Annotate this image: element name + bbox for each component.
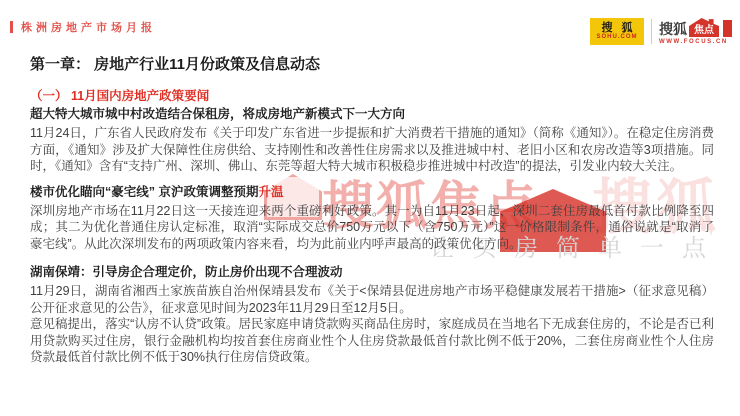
article-3-paragraph-1: 11月29日，湖南省湘西土家族苗族自治州保靖县发布《关于<保靖县促进房地产市场平…	[30, 283, 714, 316]
sohu-logo-domain: SOHU.COM	[597, 34, 638, 41]
report-slide: 搜狐焦点 搜狐 让买房简单一点 株洲房地产市场月报 搜狐 SOHU.COM 搜狐…	[0, 0, 740, 416]
report-title-block: 株洲房地产市场月报	[10, 19, 156, 35]
focus-house-icon: 焦点	[689, 18, 719, 37]
article-3: 湖南保靖：引导房企合理定价，防止房价出现不合理波动 11月29日，湖南省湘西土家…	[30, 265, 714, 366]
logo-strip: 搜狐 SOHU.COM 搜狐 焦点 WWW.FOCUS.CN	[590, 18, 732, 45]
section-heading: （一） 11月国内房地产政策要闻	[30, 89, 714, 103]
sohu-focus-domain: WWW.FOCUS.CN	[659, 39, 728, 45]
logo-divider	[651, 19, 652, 44]
article-2-title-text: 楼市优化瞄向“豪宅线” 京沪政策调整预期	[30, 185, 258, 199]
article-1-title: 超大特大城市城中村改造结合保租房，将成房地产新模式下一大方向	[30, 107, 714, 121]
focus-house-badge-text: 焦点	[694, 24, 714, 37]
chapter-title: 第一章： 房地产行业11月份政策及信息动态	[30, 56, 714, 74]
sohu-focus-logo-text: 搜狐	[659, 21, 687, 37]
article-1-paragraph: 11月24日，广东省人民政府发布《关于印发广东省进一步提振和扩大消费若干措施的通…	[30, 125, 714, 175]
sohu-logo-text: 搜狐	[593, 22, 642, 34]
article-2-title-highlight: 升温	[258, 185, 283, 199]
article-2-paragraph: 深圳房地产市场在11月22日这一天接连迎来两个重磅利好政策。其一为自11月23日…	[30, 203, 714, 253]
title-accent-bar	[10, 21, 13, 33]
sohu-focus-logo-top: 搜狐 焦点	[659, 18, 732, 37]
sohu-focus-logo: 搜狐 焦点 WWW.FOCUS.CN	[659, 18, 732, 45]
article-3-paragraph-2: 意见稿提出，落实“认房不认贷”政策。居民家庭申请贷款购买商品住房时，家庭成员在当…	[30, 316, 714, 366]
focus-seal-icon	[723, 20, 732, 37]
sohu-logo: 搜狐 SOHU.COM	[590, 18, 644, 45]
article-1: 超大特大城市城中村改造结合保租房，将成房地产新模式下一大方向 11月24日，广东…	[30, 107, 714, 175]
report-title: 株洲房地产市场月报	[21, 19, 156, 35]
article-2: 楼市优化瞄向“豪宅线” 京沪政策调整预期升温 深圳房地产市场在11月22日这一天…	[30, 185, 714, 253]
article-2-title: 楼市优化瞄向“豪宅线” 京沪政策调整预期升温	[30, 185, 714, 199]
content-area: 第一章： 房地产行业11月份政策及信息动态 （一） 11月国内房地产政策要闻 超…	[30, 56, 714, 366]
article-3-title: 湖南保靖：引导房企合理定价，防止房价出现不合理波动	[30, 265, 714, 279]
